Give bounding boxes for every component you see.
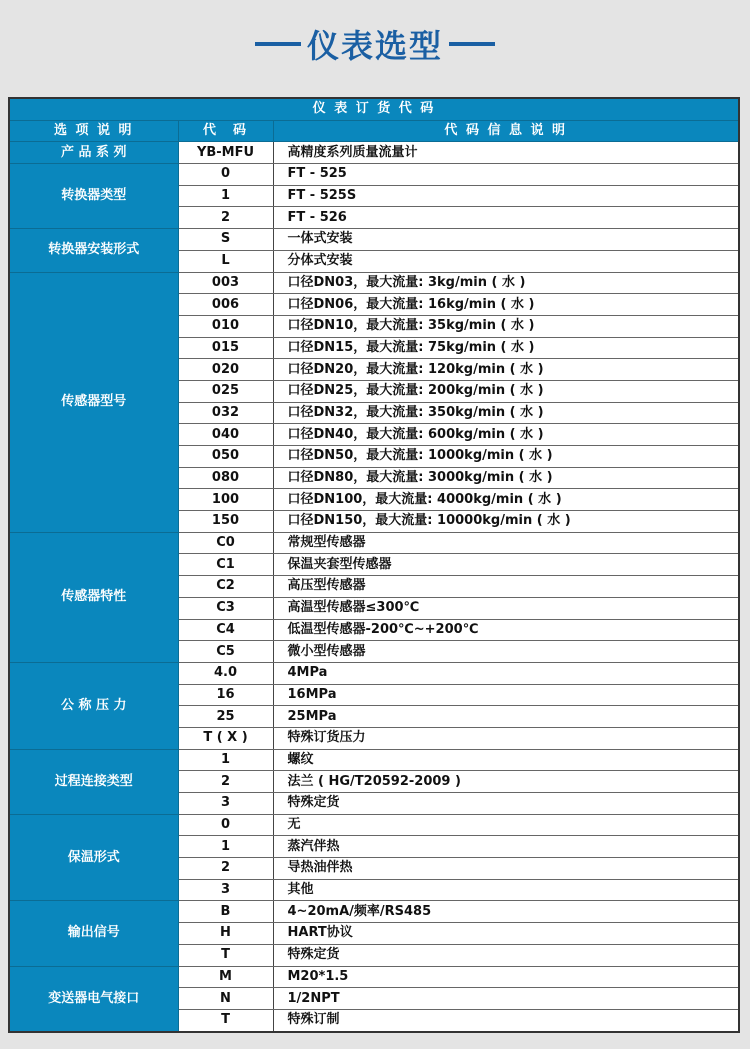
description-cell: 25MPa — [273, 706, 739, 728]
description-cell: 螺纹 — [273, 749, 739, 771]
description-cell: 保温夹套型传感器 — [273, 554, 739, 576]
description-cell: 1/2NPT — [273, 988, 739, 1010]
table-row: 保温形式0无 — [9, 814, 739, 836]
description-cell: 口径DN20，最大流量: 120kg/min ( 水 ) — [273, 359, 739, 381]
code-cell: 015 — [178, 337, 273, 359]
description-cell: 特殊订货压力 — [273, 727, 739, 749]
description-cell: M20*1.5 — [273, 966, 739, 988]
description-cell: 特殊订制 — [273, 1009, 739, 1031]
code-cell: 020 — [178, 359, 273, 381]
category-cell: 变送器电气接口 — [9, 966, 178, 1032]
description-cell: 口径DN50，最大流量: 1000kg/min ( 水 ) — [273, 446, 739, 468]
code-cell: 2 — [178, 771, 273, 793]
code-cell: 150 — [178, 511, 273, 533]
description-cell: 常规型传感器 — [273, 532, 739, 554]
category-cell: 保温形式 — [9, 814, 178, 901]
heading-line-left — [255, 42, 301, 46]
table-row: 变送器电气接口MM20*1.5 — [9, 966, 739, 988]
code-cell: 4.0 — [178, 662, 273, 684]
code-cell: 100 — [178, 489, 273, 511]
code-cell: YB-MFU — [178, 142, 273, 164]
table-row: 转换器安装形式S一体式安装 — [9, 229, 739, 251]
table-row: 产 品 系 列YB-MFU高精度系列质量流量计 — [9, 142, 739, 164]
category-cell: 公 称 压 力 — [9, 662, 178, 749]
code-cell: B — [178, 901, 273, 923]
code-cell: 0 — [178, 814, 273, 836]
header-code: 代 码 — [178, 120, 273, 142]
category-cell: 转换器类型 — [9, 164, 178, 229]
category-cell: 转换器安装形式 — [9, 229, 178, 272]
code-cell: N — [178, 988, 273, 1010]
code-cell: 3 — [178, 793, 273, 815]
code-cell: C1 — [178, 554, 273, 576]
description-cell: 口径DN150，最大流量: 10000kg/min ( 水 ) — [273, 511, 739, 533]
description-cell: FT - 525 — [273, 164, 739, 186]
description-cell: 微小型传感器 — [273, 641, 739, 663]
code-cell: H — [178, 923, 273, 945]
description-cell: 分体式安装 — [273, 250, 739, 272]
category-cell: 传感器型号 — [9, 272, 178, 532]
code-cell: M — [178, 966, 273, 988]
code-cell: 0 — [178, 164, 273, 186]
description-cell: 4MPa — [273, 662, 739, 684]
code-cell: 025 — [178, 380, 273, 402]
table-header-row: 选 项 说 明 代 码 代 码 信 息 说 明 — [9, 120, 739, 142]
category-cell: 过程连接类型 — [9, 749, 178, 814]
description-cell: 高温型传感器≤300℃ — [273, 597, 739, 619]
code-cell: 25 — [178, 706, 273, 728]
code-cell: 2 — [178, 207, 273, 229]
code-cell: C3 — [178, 597, 273, 619]
code-cell: 080 — [178, 467, 273, 489]
description-cell: HART协议 — [273, 923, 739, 945]
code-cell: L — [178, 250, 273, 272]
category-cell: 输出信号 — [9, 901, 178, 966]
description-cell: 口径DN10，最大流量: 35kg/min ( 水 ) — [273, 315, 739, 337]
page-heading: 仪表选型 — [0, 14, 750, 74]
description-cell: 口径DN06，最大流量: 16kg/min ( 水 ) — [273, 294, 739, 316]
description-cell: 其他 — [273, 879, 739, 901]
order-code-table: 仪 表 订 货 代 码 选 项 说 明 代 码 代 码 信 息 说 明 产 品 … — [8, 97, 740, 1033]
description-cell: 特殊定货 — [273, 793, 739, 815]
code-cell: 003 — [178, 272, 273, 294]
code-cell: 006 — [178, 294, 273, 316]
description-cell: 口径DN80，最大流量: 3000kg/min ( 水 ) — [273, 467, 739, 489]
code-cell: 050 — [178, 446, 273, 468]
table-row: 输出信号B4~20mA/频率/RS485 — [9, 901, 739, 923]
description-cell: 低温型传感器-200℃~+200℃ — [273, 619, 739, 641]
heading-line-right — [449, 42, 495, 46]
code-cell: 010 — [178, 315, 273, 337]
description-cell: 口径DN40，最大流量: 600kg/min ( 水 ) — [273, 424, 739, 446]
description-cell: 16MPa — [273, 684, 739, 706]
code-cell: 3 — [178, 879, 273, 901]
table-caption: 仪 表 订 货 代 码 — [9, 98, 739, 120]
code-cell: 040 — [178, 424, 273, 446]
code-cell: 16 — [178, 684, 273, 706]
code-cell: T — [178, 944, 273, 966]
table-row: 公 称 压 力4.04MPa — [9, 662, 739, 684]
code-cell: 1 — [178, 836, 273, 858]
code-cell: C4 — [178, 619, 273, 641]
description-cell: 导热油伴热 — [273, 858, 739, 880]
table-caption-row: 仪 表 订 货 代 码 — [9, 98, 739, 120]
description-cell: 高压型传感器 — [273, 576, 739, 598]
description-cell: 无 — [273, 814, 739, 836]
page-title: 仪表选型 — [307, 21, 443, 67]
code-cell: C0 — [178, 532, 273, 554]
description-cell: 法兰 ( HG/T20592-2009 ) — [273, 771, 739, 793]
header-option: 选 项 说 明 — [9, 120, 178, 142]
code-cell: T ( X ) — [178, 727, 273, 749]
description-cell: FT - 525S — [273, 185, 739, 207]
description-cell: 蒸汽伴热 — [273, 836, 739, 858]
code-cell: 2 — [178, 858, 273, 880]
description-cell: FT - 526 — [273, 207, 739, 229]
description-cell: 一体式安装 — [273, 229, 739, 251]
description-cell: 特殊定货 — [273, 944, 739, 966]
code-cell: 1 — [178, 185, 273, 207]
description-cell: 4~20mA/频率/RS485 — [273, 901, 739, 923]
description-cell: 口径DN15，最大流量: 75kg/min ( 水 ) — [273, 337, 739, 359]
code-cell: 032 — [178, 402, 273, 424]
table-row: 转换器类型0FT - 525 — [9, 164, 739, 186]
table-row: 过程连接类型1螺纹 — [9, 749, 739, 771]
description-cell: 高精度系列质量流量计 — [273, 142, 739, 164]
description-cell: 口径DN100，最大流量: 4000kg/min ( 水 ) — [273, 489, 739, 511]
code-cell: T — [178, 1009, 273, 1031]
code-cell: C5 — [178, 641, 273, 663]
description-cell: 口径DN03，最大流量: 3kg/min ( 水 ) — [273, 272, 739, 294]
table-row: 传感器型号003口径DN03，最大流量: 3kg/min ( 水 ) — [9, 272, 739, 294]
description-cell: 口径DN25，最大流量: 200kg/min ( 水 ) — [273, 380, 739, 402]
code-cell: S — [178, 229, 273, 251]
description-cell: 口径DN32，最大流量: 350kg/min ( 水 ) — [273, 402, 739, 424]
code-cell: C2 — [178, 576, 273, 598]
category-cell: 传感器特性 — [9, 532, 178, 662]
header-description: 代 码 信 息 说 明 — [273, 120, 739, 142]
table-row: 传感器特性C0常规型传感器 — [9, 532, 739, 554]
category-cell: 产 品 系 列 — [9, 142, 178, 164]
code-cell: 1 — [178, 749, 273, 771]
